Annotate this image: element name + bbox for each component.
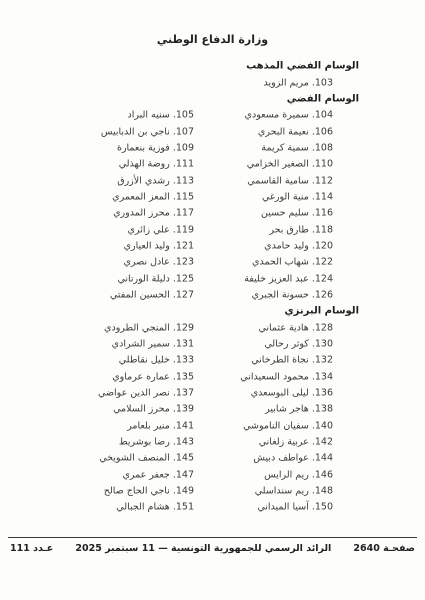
medal-entry: 124. عبد العزيز خليفة bbox=[244, 273, 333, 284]
medal-entry: 138. هاجر شابير bbox=[265, 404, 333, 415]
medal-entry: 118. طارق بحر bbox=[269, 224, 333, 235]
medal-entry: 128. هادية عثماني bbox=[258, 322, 333, 333]
footer: صفحـة 2640 الرائد الرسمي للجمهورية التون… bbox=[10, 543, 415, 554]
footer-page-number: صفحـة 2640 bbox=[353, 543, 415, 554]
medal-row: 144. عواطف دبيش145. المنصف الشويخي bbox=[0, 450, 425, 466]
medal-entry: 143. رضا بوشريط bbox=[119, 437, 194, 448]
medal-entry: 117. محرز المدوري bbox=[113, 208, 194, 219]
medal-entry: 111. روضة الهذلي bbox=[119, 159, 194, 170]
medal-row: 150. آسيا الميداني151. هشام الجبالي bbox=[0, 499, 425, 515]
medal-row: 124. عبد العزيز خليفة125. دليلة الورتاني bbox=[0, 270, 425, 286]
medal-row: 116. سليم حسين117. محرز المدوري bbox=[0, 205, 425, 221]
medal-row: 104. سميرة مسعودي105. سنيه البراد bbox=[0, 107, 425, 123]
medal-entry: 104. سميرة مسعودي bbox=[245, 110, 333, 121]
medal-row: 122. شهاب الحمدي123. عادل نصري bbox=[0, 254, 425, 270]
medal-entry: 107. ناجي بن الدبابيس bbox=[101, 126, 194, 137]
footer-issue-number: عـدد 111 bbox=[10, 543, 53, 554]
medal-entry: 146. ريم الرايس bbox=[264, 469, 333, 480]
medal-entry: 115. المعز المعمري bbox=[112, 191, 194, 202]
medal-entry: 149. ناجي الحاج صالح bbox=[104, 486, 194, 497]
footer-journal-title: الرائد الرسمي للجمهورية التونسية — 11 سب… bbox=[75, 543, 331, 554]
medal-entry: 125. دليلة الورتاني bbox=[117, 273, 194, 284]
medal-entry: 127. الحسين المفتي bbox=[110, 289, 194, 300]
medal-entry: 140. سفيان الناموشي bbox=[243, 420, 333, 431]
section-heading: الوسام الفضي المذهب bbox=[246, 61, 359, 72]
medal-entry: 141. منير بلعامر bbox=[127, 420, 194, 431]
medal-entry: 103. مريم الزويد bbox=[264, 77, 334, 88]
medal-row: الوسام البرنزي bbox=[0, 303, 425, 319]
medal-entry: 116. سليم حسين bbox=[261, 208, 333, 219]
section-heading: الوسام الفضي bbox=[287, 93, 359, 104]
medal-row: 112. سامية القاسمي113. رشدي الأزرق bbox=[0, 172, 425, 188]
medal-entry: 148. ريم سنداسلي bbox=[255, 486, 333, 497]
medal-entry: 114. منية الورغي bbox=[262, 191, 333, 202]
medal-row: 136. ليلى البوسعدي137. نصر الدين عواضي bbox=[0, 385, 425, 401]
medal-entry: 135. عماره عرماوي bbox=[112, 371, 194, 382]
medal-entry: 144. عواطف دبيش bbox=[253, 453, 333, 464]
medal-entry: 147. جعفر عمري bbox=[122, 469, 194, 480]
medal-row: 118. طارق بحر119. علي زائري bbox=[0, 221, 425, 237]
medal-entry: 123. عادل نصري bbox=[124, 257, 194, 268]
medal-row: 132. نجاة الطرخاني133. خليل نقاطلي bbox=[0, 352, 425, 368]
medal-entry: 113. رشدي الأزرق bbox=[117, 175, 194, 186]
medal-row: الوسام الفضي bbox=[0, 91, 425, 107]
medal-entry: 130. كوثر رحالي bbox=[264, 339, 333, 350]
medal-row: 103. مريم الزويد bbox=[0, 74, 425, 90]
medal-entry: 151. هشام الجبالي bbox=[116, 502, 194, 513]
medal-row: 108. سمية كريمة109. فوزية بنعمارة bbox=[0, 140, 425, 156]
medal-entry: 131. سمير الشرادي bbox=[112, 339, 194, 350]
medal-row: 110. الصغير الخزامي111. روضة الهذلي bbox=[0, 156, 425, 172]
medal-row: 126. حسونة الجبري127. الحسين المفتي bbox=[0, 287, 425, 303]
medal-entry: 112. سامية القاسمي bbox=[247, 175, 333, 186]
medal-list: الوسام الفضي المذهب 103. مريم الزويد الو… bbox=[0, 58, 425, 516]
medal-row: 134. محمود السعيداني135. عماره عرماوي bbox=[0, 369, 425, 385]
medal-row: 120. وليد حامدي121. وليد العياري bbox=[0, 238, 425, 254]
medal-entry: 150. آسيا الميداني bbox=[257, 502, 333, 513]
medal-entry: 134. محمود السعيداني bbox=[240, 371, 333, 382]
medal-row: 148. ريم سنداسلي149. ناجي الحاج صالح bbox=[0, 483, 425, 499]
medal-row: 106. نعيمة البحري107. ناجي بن الدبابيس bbox=[0, 123, 425, 139]
ministry-title: وزارة الدفاع الوطني bbox=[0, 33, 425, 46]
medal-entry: 142. عربية زلغاني bbox=[259, 437, 333, 448]
medal-row: 130. كوثر رحالي131. سمير الشرادي bbox=[0, 336, 425, 352]
medal-entry: 105. سنيه البراد bbox=[128, 110, 195, 121]
gazette-page: وزارة الدفاع الوطني الوسام الفضي المذهب … bbox=[0, 0, 425, 600]
medal-entry: 121. وليد العياري bbox=[124, 240, 194, 251]
medal-entry: 108. سمية كريمة bbox=[261, 142, 333, 153]
medal-row: 142. عربية زلغاني143. رضا بوشريط bbox=[0, 434, 425, 450]
footer-divider bbox=[8, 537, 417, 538]
medal-entry: 133. خليل نقاطلي bbox=[119, 355, 194, 366]
medal-row: 146. ريم الرايس147. جعفر عمري bbox=[0, 467, 425, 483]
medal-entry: 109. فوزية بنعمارة bbox=[117, 142, 194, 153]
medal-entry: 137. نصر الدين عواضي bbox=[98, 388, 194, 399]
medal-entry: 120. وليد حامدي bbox=[264, 240, 333, 251]
medal-row: 114. منية الورغي115. المعز المعمري bbox=[0, 189, 425, 205]
medal-entry: 110. الصغير الخزامي bbox=[247, 159, 333, 170]
medal-row: الوسام الفضي المذهب bbox=[0, 58, 425, 74]
medal-entry: 139. محرز السلامي bbox=[113, 404, 194, 415]
medal-entry: 132. نجاة الطرخاني bbox=[251, 355, 333, 366]
medal-entry: 136. ليلى البوسعدي bbox=[251, 388, 333, 399]
medal-entry: 122. شهاب الحمدي bbox=[252, 257, 333, 268]
medal-row: 128. هادية عثماني129. المنجي الطرودي bbox=[0, 320, 425, 336]
medal-entry: 106. نعيمة البحري bbox=[258, 126, 333, 137]
medal-row: 140. سفيان الناموشي141. منير بلعامر bbox=[0, 418, 425, 434]
medal-entry: 126. حسونة الجبري bbox=[252, 289, 333, 300]
section-heading: الوسام البرنزي bbox=[285, 306, 359, 317]
medal-row: 138. هاجر شابير139. محرز السلامي bbox=[0, 401, 425, 417]
medal-entry: 119. علي زائري bbox=[128, 224, 194, 235]
medal-entry: 145. المنصف الشويخي bbox=[99, 453, 194, 464]
medal-entry: 129. المنجي الطرودي bbox=[104, 322, 194, 333]
